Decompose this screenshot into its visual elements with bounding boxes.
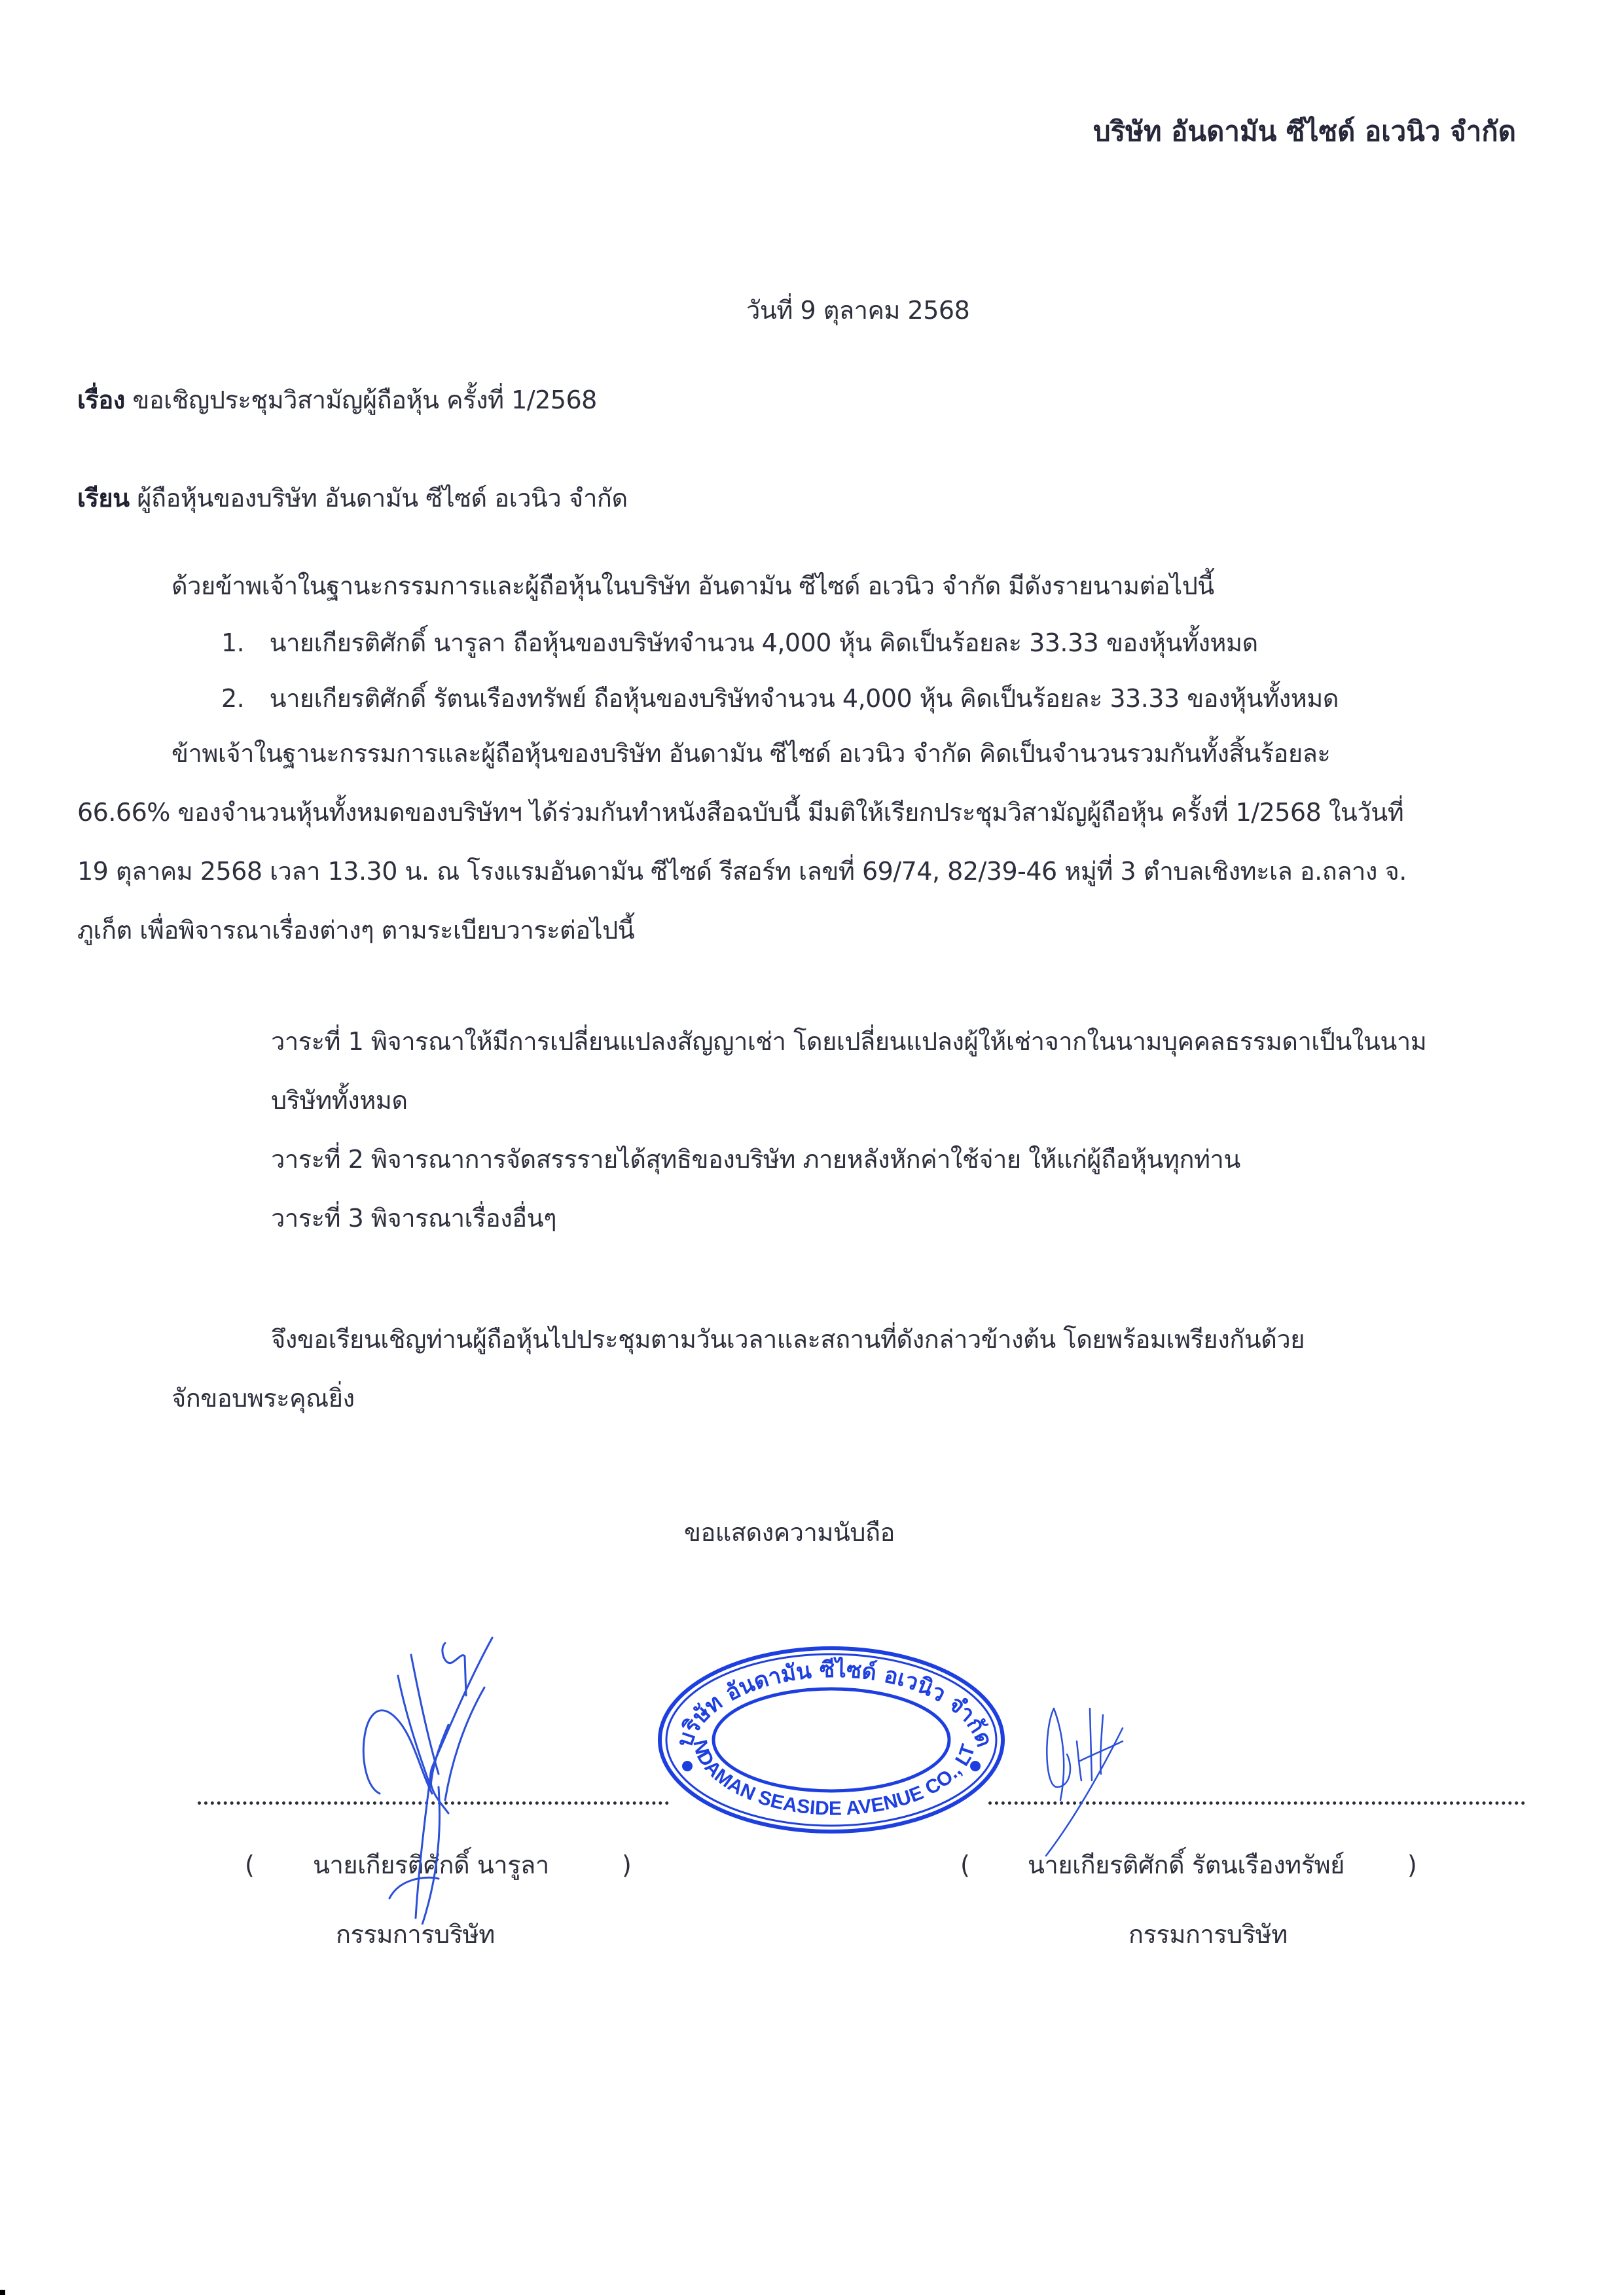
intro-paragraph: ด้วยข้าพเจ้าในฐานะกรรมการและผู้ถือหุ้นใน… <box>171 573 1214 598</box>
company-header: บริษัท อันดามัน ซีไซด์ อเวนิว จำกัด <box>1093 110 1516 153</box>
scan-artifact <box>0 2290 5 2295</box>
agenda-item-3: วาระที่ 3 พิจารณาเรื่องอื่นๆ <box>271 1206 556 1231</box>
shareholder-text: นายเกียรติศักดิ์ นารูลา ถือหุ้นของบริษัท… <box>270 628 1258 657</box>
body-paragraph-line: 66.66% ของจำนวนหุ้นทั้งหมดของบริษัทฯ ได้… <box>77 800 1403 825</box>
shareholder-number: 1. <box>221 630 262 655</box>
signer-2-title: กรรมการบริษัท <box>1128 1922 1288 1947</box>
date-line: วันที่ 9 ตุลาคม 2568 <box>746 298 969 323</box>
agenda-item-1-continuation: บริษัททั้งหมด <box>271 1088 408 1113</box>
shareholder-number: 2. <box>221 686 262 711</box>
closing-line: จึงขอเรียนเชิญท่านผู้ถือหุ้นไปประชุมตามว… <box>271 1327 1305 1352</box>
signer-2-close-paren: ) <box>1407 1852 1416 1877</box>
shareholder-item: 1. นายเกียรติศักดิ์ นารูลา ถือหุ้นของบริ… <box>221 630 1258 655</box>
shareholder-item: 2. นายเกียรติศักดิ์ รัตนเรืองทรัพย์ ถือห… <box>221 686 1339 711</box>
body-paragraph-line: ข้าพเจ้าในฐานะกรรมการและผู้ถือหุ้นของบริ… <box>171 741 1330 766</box>
company-seal-icon: บริษัท อันดามัน ซีไซด์ อเวนิว จำกัด ANDA… <box>655 1642 1008 1838</box>
signature-2-icon <box>1041 1689 1132 1859</box>
regards: ขอแสดงความนับถือ <box>684 1520 895 1545</box>
recipient-line: เรียน ผู้ถือหุ้นของบริษัท อันดามัน ซีไซด… <box>77 486 628 511</box>
signer-1-close-paren: ) <box>622 1852 631 1877</box>
subject-line: เรื่อง ขอเชิญประชุมวิสามัญผู้ถือหุ้น ครั… <box>77 388 597 412</box>
recipient-text: ผู้ถือหุ้นของบริษัท อันดามัน ซีไซด์ อเวน… <box>137 484 627 513</box>
seal-dot-right-icon <box>970 1761 981 1771</box>
agenda-item-2: วาระที่ 2 พิจารณาการจัดสรรรายได้สุทธิของ… <box>271 1147 1240 1172</box>
shareholder-text: นายเกียรติศักดิ์ รัตนเรืองทรัพย์ ถือหุ้น… <box>270 684 1339 713</box>
subject-text: ขอเชิญประชุมวิสามัญผู้ถือหุ้น ครั้งที่ 1… <box>132 386 596 414</box>
body-paragraph-line: 19 ตุลาคม 2568 เวลา 13.30 น. ณ โรงแรมอัน… <box>77 859 1407 884</box>
signer-2-open-paren: ( <box>960 1852 969 1877</box>
body-paragraph-line: ภูเก็ต เพื่อพิจารณาเรื่องต่างๆ ตามระเบีย… <box>77 918 634 943</box>
closing-line: จักขอบพระคุณยิ่ง <box>171 1386 355 1411</box>
seal-dot-left-icon <box>682 1761 693 1771</box>
signature-1-icon <box>353 1617 497 1925</box>
recipient-label: เรียน <box>77 484 130 513</box>
signer-1-title: กรรมการบริษัท <box>336 1922 495 1947</box>
subject-label: เรื่อง <box>77 386 125 414</box>
agenda-item-1: วาระที่ 1 พิจารณาให้มีการเปลี่ยนแปลงสัญญ… <box>271 1029 1426 1054</box>
signer-1-open-paren: ( <box>245 1852 254 1877</box>
